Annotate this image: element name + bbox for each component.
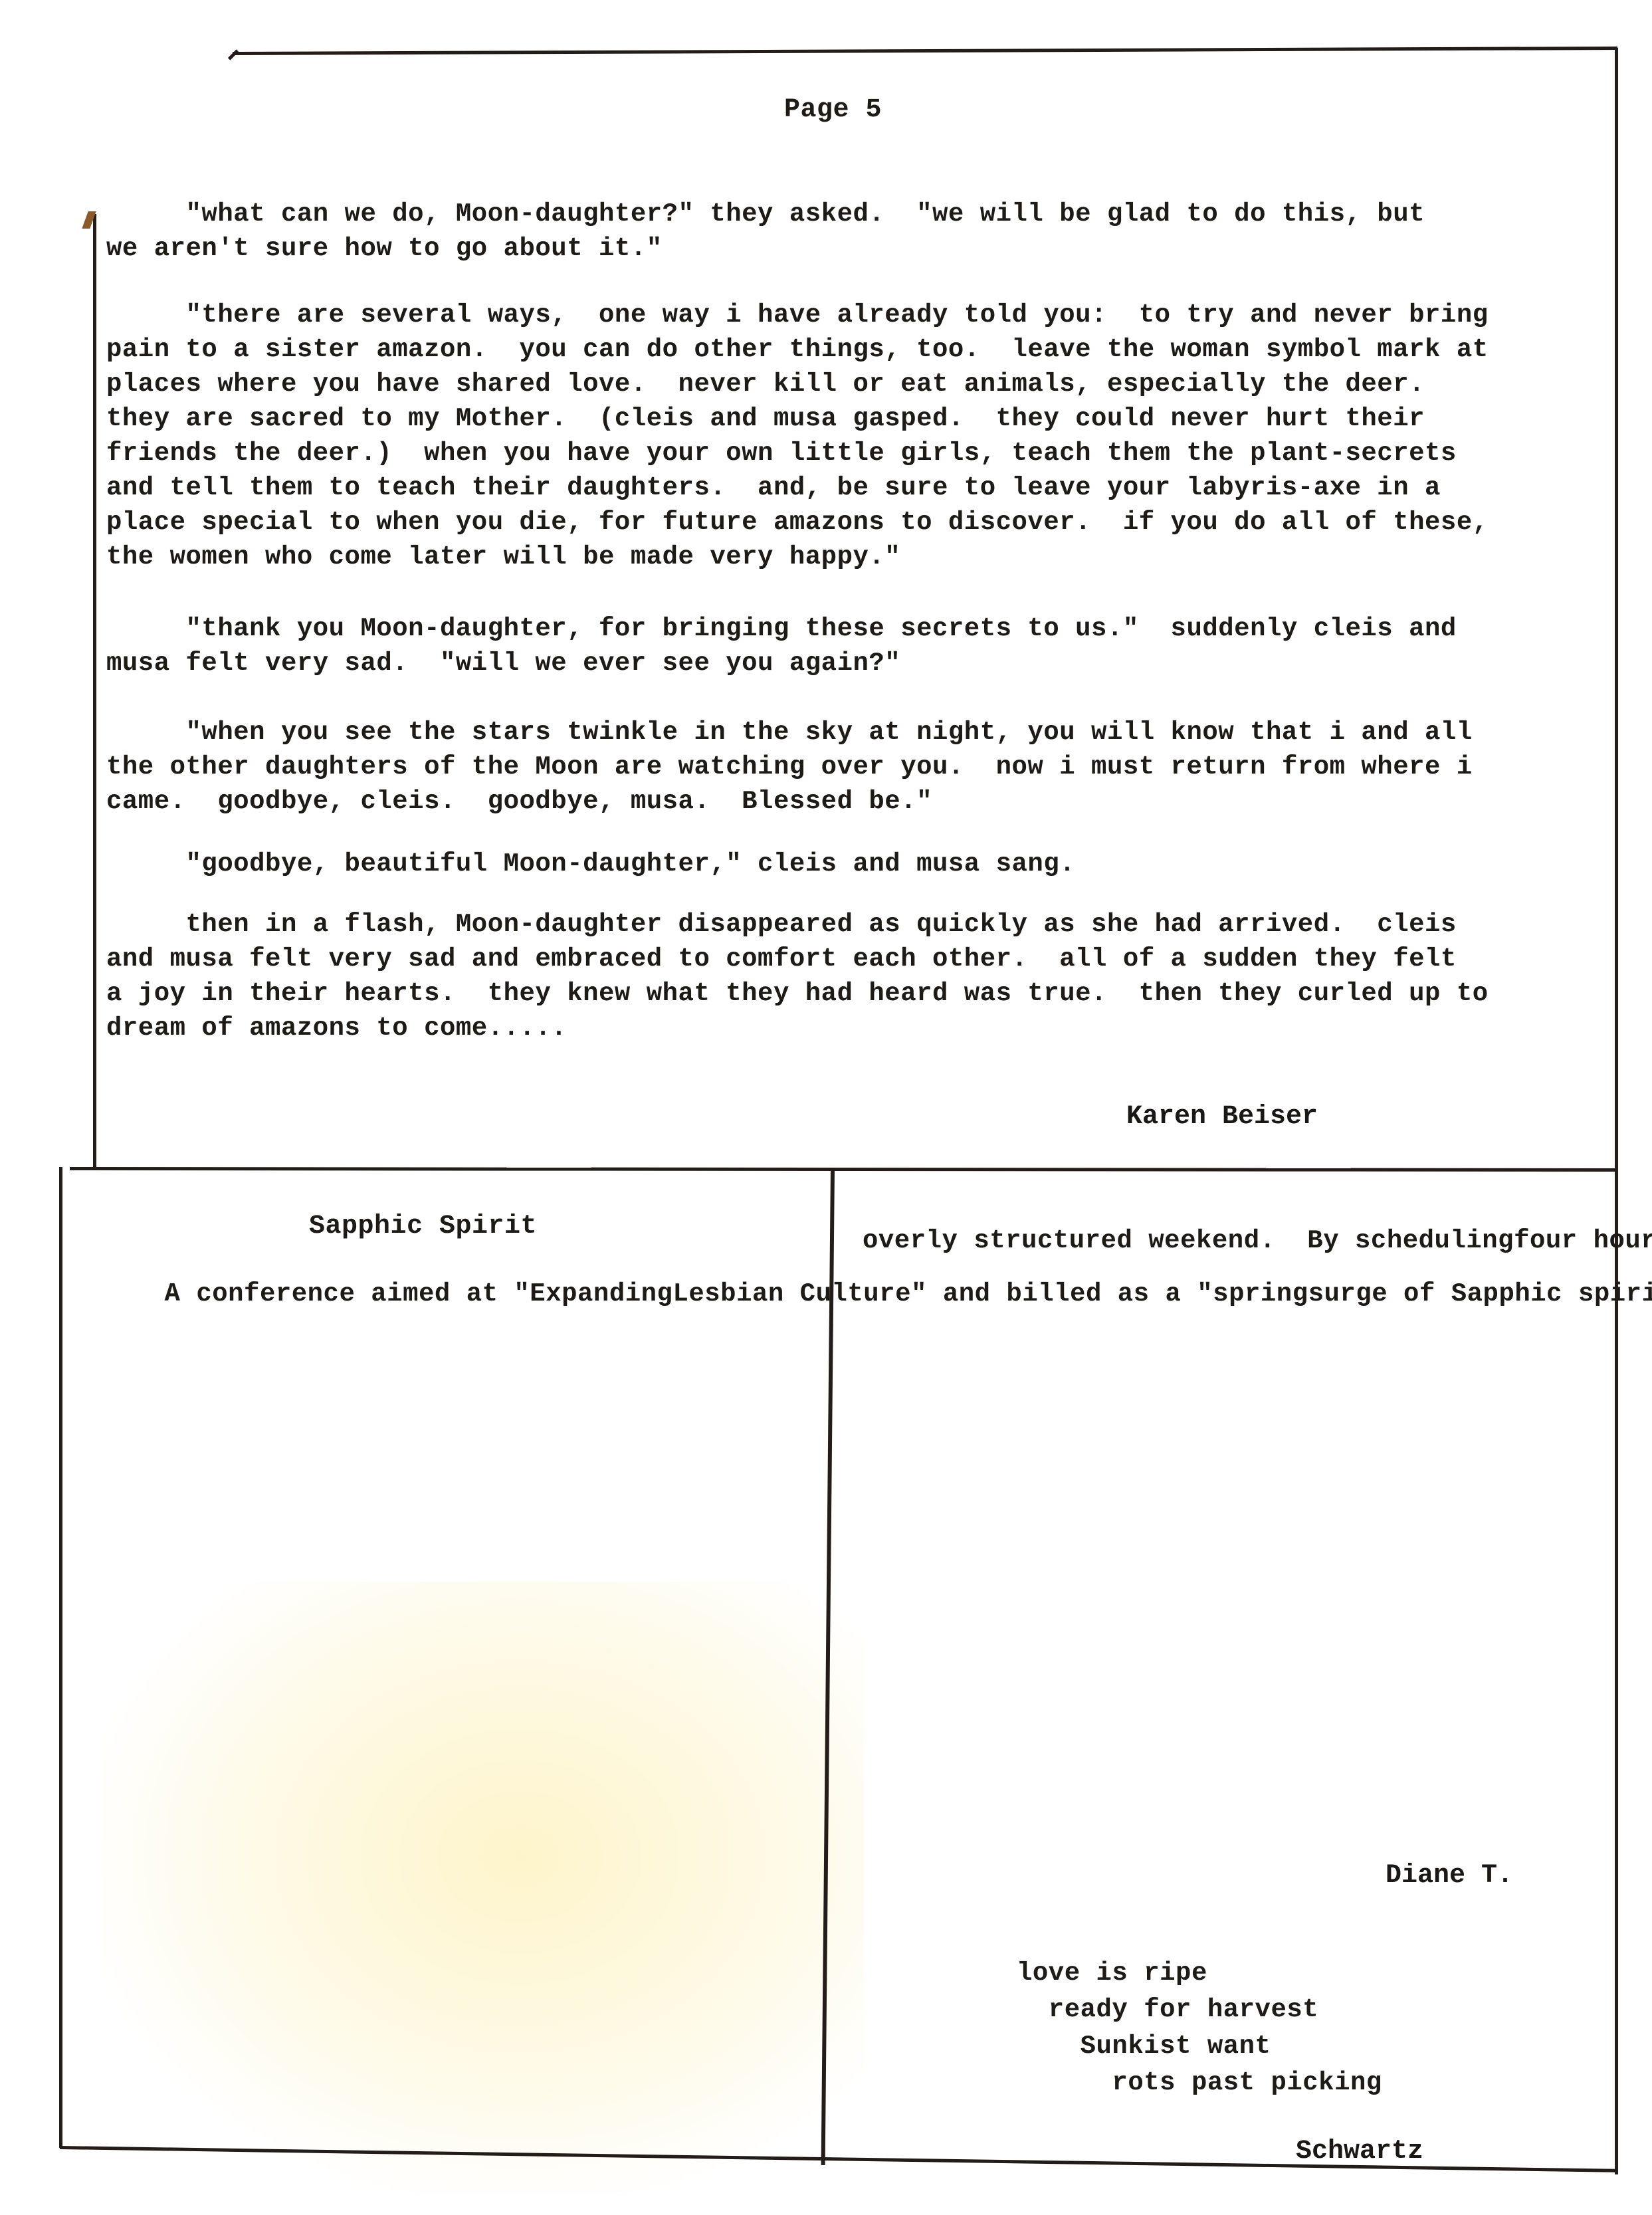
story-paragraph: then in a flash, Moon-daughter disappear… bbox=[106, 907, 1489, 1045]
article-line: surge of Sapphic spirit" was held in Eas… bbox=[1308, 1279, 1652, 1309]
article-line: Lesbian Culture" and billed as a "spring bbox=[672, 1279, 1308, 1309]
story-author: Karen Beiser bbox=[1126, 1102, 1318, 1132]
article-line: A conference aimed at "Expanding bbox=[85, 1279, 672, 1309]
column-divider-rule bbox=[821, 1168, 835, 2165]
story-line: friends the deer.) when you have your ow… bbox=[106, 436, 1489, 471]
top-border-rule bbox=[233, 47, 1617, 55]
story-line: "thank you Moon-daughter, for bringing t… bbox=[106, 611, 1457, 646]
poem-line: Sunkist want bbox=[1017, 2028, 1382, 2065]
story-line: the other daughters of the Moon are watc… bbox=[106, 750, 1473, 784]
newsletter-page: Page 5 "what can we do, Moon-daughter?" … bbox=[0, 0, 1652, 2215]
left-border-rule-upper bbox=[93, 214, 96, 1170]
right-border-rule bbox=[1615, 48, 1618, 2174]
story-line: they are sacred to my Mother. (cleis and… bbox=[106, 401, 1489, 436]
story-paragraph: "when you see the stars twinkle in the s… bbox=[106, 715, 1473, 819]
page-number: Page 5 bbox=[784, 93, 882, 127]
article-right-column: overly structured weekend. By scheduling… bbox=[863, 1224, 1652, 1259]
story-line: and tell them to teach their daughters. … bbox=[106, 471, 1489, 505]
story-line: came. goodbye, cleis. goodbye, musa. Ble… bbox=[106, 784, 1473, 819]
story-line: musa felt very sad. "will we ever see yo… bbox=[106, 646, 1457, 681]
story-line: "when you see the stars twinkle in the s… bbox=[106, 715, 1473, 750]
story-paragraph: "thank you Moon-daughter, for bringing t… bbox=[106, 611, 1457, 681]
poem-line: rots past picking bbox=[1017, 2065, 1382, 2101]
poem: love is ripe ready for harvest Sunkist w… bbox=[1017, 1955, 1382, 2101]
article-line: four hour workshops and repeating most o… bbox=[1514, 1226, 1652, 1255]
story-line: "what can we do, Moon-daughter?" they as… bbox=[106, 197, 1425, 231]
story-line: "there are several ways, one way i have … bbox=[106, 298, 1489, 332]
poem-line: love is ripe bbox=[1017, 1955, 1382, 1992]
poem-author: Schwartz bbox=[1296, 2137, 1423, 2166]
article-left-column: A conference aimed at "ExpandingLesbian … bbox=[85, 1277, 1652, 1312]
story-line: place special to when you die, for futur… bbox=[106, 505, 1489, 540]
poem-line: ready for harvest bbox=[1017, 1992, 1382, 2028]
article-line: overly structured weekend. By scheduling bbox=[863, 1226, 1514, 1255]
story-line: then in a flash, Moon-daughter disappear… bbox=[106, 907, 1489, 942]
left-border-rule-lower bbox=[59, 1167, 62, 2148]
paper-stain bbox=[100, 1582, 864, 2193]
section-divider-rule bbox=[70, 1167, 1618, 1172]
story-line: a joy in their hearts. they knew what th… bbox=[106, 976, 1489, 1011]
story-line: we aren't sure how to go about it." bbox=[106, 231, 1425, 266]
story-line: places where you have shared love. never… bbox=[106, 367, 1489, 401]
article-title: Sapphic Spirit bbox=[309, 1210, 537, 1243]
story-paragraph: "goodbye, beautiful Moon-daughter," clei… bbox=[106, 847, 1075, 881]
story-line: the women who come later will be made ve… bbox=[106, 540, 1489, 574]
story-line: and musa felt very sad and embraced to c… bbox=[106, 942, 1489, 976]
story-paragraph: "what can we do, Moon-daughter?" they as… bbox=[106, 197, 1425, 266]
article-author: Diane T. bbox=[1386, 1861, 1513, 1891]
story-line: "goodbye, beautiful Moon-daughter," clei… bbox=[106, 847, 1075, 881]
story-line: pain to a sister amazon. you can do othe… bbox=[106, 332, 1489, 367]
story-line: dream of amazons to come..... bbox=[106, 1011, 1489, 1045]
story-paragraph: "there are several ways, one way i have … bbox=[106, 298, 1489, 574]
